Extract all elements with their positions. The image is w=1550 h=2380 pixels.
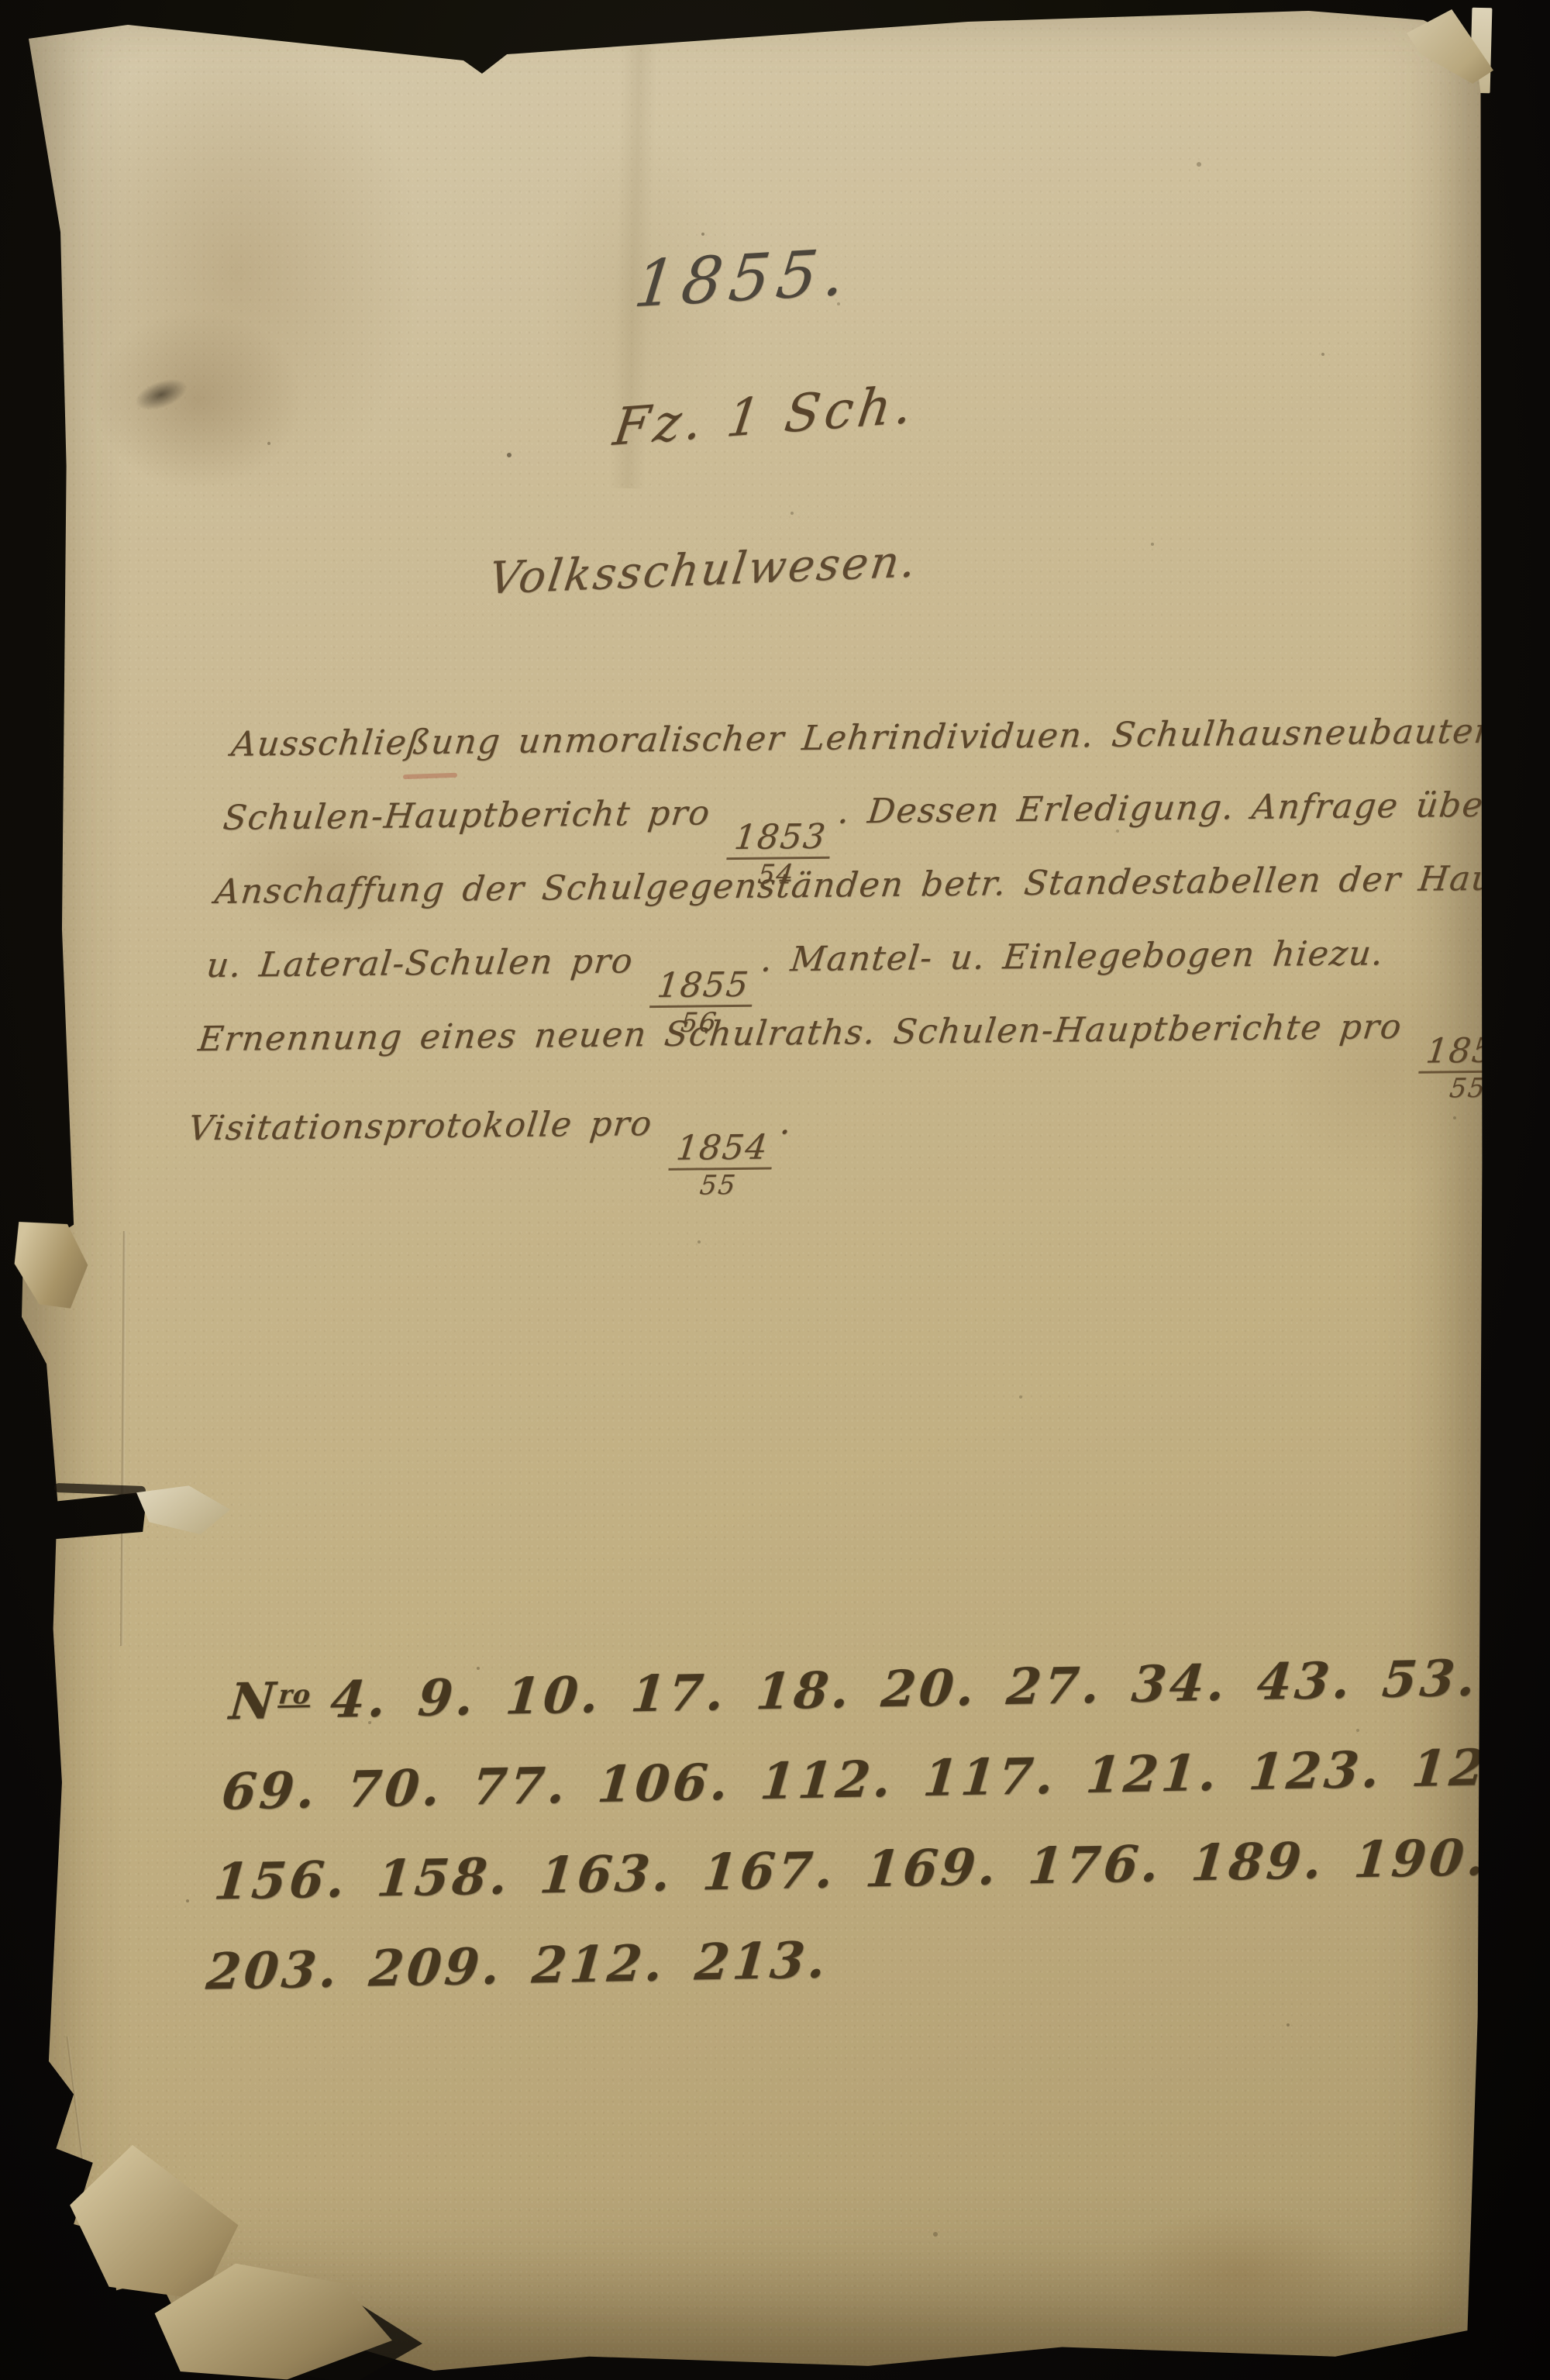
summary-block: Ausschließung unmoralischer Lehrindividu…	[182, 712, 1543, 1183]
year-heading: 1855.	[630, 236, 856, 323]
page-content: 1855. Fz. 1 Sch. Volksschulwesen. Aussch…	[13, 4, 1494, 2375]
summary-line: Visitationsprotokolle pro 185455.	[182, 1096, 1500, 1184]
document-number-list: Nro4. 9. 10. 17. 18. 20. 27. 34. 43. 53.…	[201, 1637, 1550, 2033]
document-title: Volksschulwesen.	[486, 536, 921, 605]
classification-heading: Fz. 1 Sch.	[610, 374, 921, 457]
year-fraction: 185455	[1415, 1033, 1525, 1102]
summary-line: Ernennung eines neuen Schulraths. Schule…	[192, 1007, 1510, 1095]
year-fraction: 185455	[665, 1130, 775, 1199]
number-list-label: Nro	[227, 1671, 313, 1731]
scan-stage: 1855. Fz. 1 Sch. Volksschulwesen. Aussch…	[0, 0, 1550, 2380]
manuscript-page: 1855. Fz. 1 Sch. Volksschulwesen. Aussch…	[19, 8, 1488, 2371]
paper-specks	[19, 8, 22, 11]
